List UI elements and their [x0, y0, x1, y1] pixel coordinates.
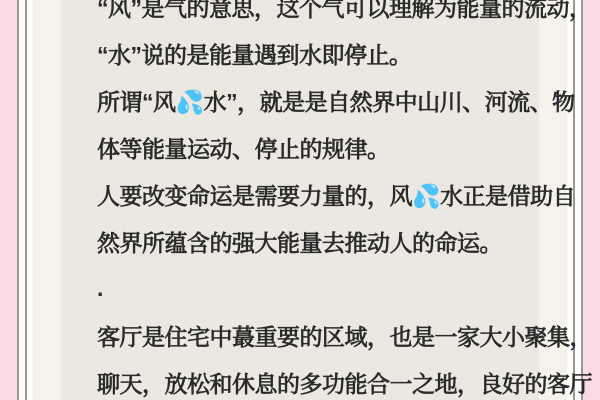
article-page: “风”是气的意思，这个气可以理解为能量的流动， “水”说的是能量遇到水即停止。 … — [0, 0, 600, 400]
text-line: “水”说的是能量遇到水即停止。 — [97, 30, 517, 77]
text-line: 体等能量运动、停止的规律。 — [97, 124, 517, 171]
pink-border-left — [0, 0, 17, 400]
text-line-period: . — [97, 265, 517, 312]
article-text: “风”是气的意思，这个气可以理解为能量的流动， “水”说的是能量遇到水即停止。 … — [97, 0, 517, 400]
content-area: “风”是气的意思，这个气可以理解为能量的流动， “水”说的是能量遇到水即停止。 … — [33, 0, 567, 400]
text-line: 人要改变命运是需要力量的，风💦水正是借助自 — [97, 171, 517, 218]
frame-line-left-outer — [17, 0, 19, 400]
paper-gutter-left — [33, 0, 61, 400]
text-line: 然界所蕴含的强大能量去推动人的命运。 — [97, 218, 517, 265]
text-line: 聊天，放松和休息的多功能合一之地，良好的客厅 — [97, 359, 517, 400]
text-line: 所谓“风💦水”，就是是自然界中山川、河流、物 — [97, 77, 517, 124]
frame-line-left-inner — [25, 0, 27, 400]
text-line: “风”是气的意思，这个气可以理解为能量的流动， — [97, 0, 517, 30]
text-line: 客厅是住宅中蕞重要的区域，也是一家大小聚集， — [97, 312, 517, 359]
